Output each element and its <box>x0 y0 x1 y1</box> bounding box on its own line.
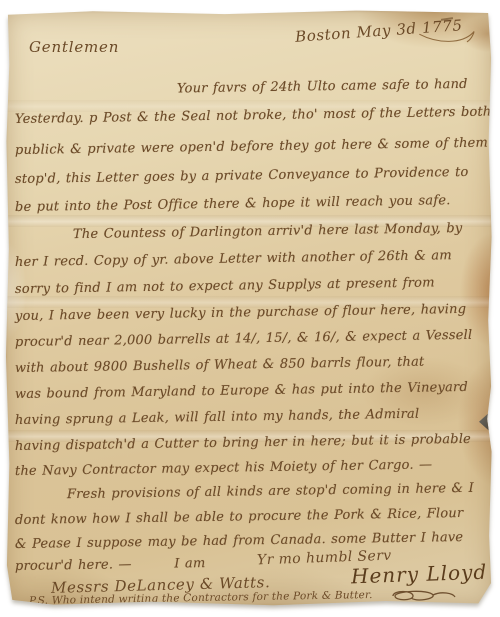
body-line: Fresh provisions of all kinds are stop'd… <box>15 481 489 503</box>
body-line: having sprung a Leak, will fall into my … <box>15 406 489 428</box>
salutation: Gentlemen <box>29 38 119 56</box>
body-line: you, I have been very lucky in the purch… <box>15 302 489 324</box>
letter-text-layer: Boston May 3d 1775 Gentlemen Your favrs … <box>5 10 493 607</box>
body-line: procur'd near 2,000 barrells at 14/, 15/… <box>15 328 489 350</box>
signature-flourish <box>387 588 459 604</box>
body-line: The Countess of Darlington arriv'd here … <box>15 221 489 243</box>
body-line: her I recd. Copy of yr. above Letter wit… <box>15 248 489 270</box>
signature: Henry Lloyd <box>351 560 488 589</box>
dateline: Boston May 3d 1775 <box>295 16 464 46</box>
scanned-letter-photo: Boston May 3d 1775 Gentlemen Your favrs … <box>0 0 500 617</box>
body-line: having dispatch'd a Cutter to bring her … <box>15 432 489 454</box>
body-line: sorry to find I am not to expect any Sup… <box>15 275 489 297</box>
body-line: Your favrs of 24th Ulto came safe to han… <box>15 77 489 99</box>
body-line: be put into the Post Office there & hope… <box>15 193 489 215</box>
body-line: was bound from Maryland to Europe & has … <box>15 380 489 402</box>
letter-paper: Boston May 3d 1775 Gentlemen Your favrs … <box>5 10 493 607</box>
body-line: & Pease I suppose may be had from Canada… <box>15 530 489 552</box>
body-line: stop'd, this Letter goes by a private Co… <box>15 165 489 187</box>
letter-paper-wrap: Boston May 3d 1775 Gentlemen Your favrs … <box>5 10 493 607</box>
body-line: Yesterday. p Post & the Seal not broke, … <box>15 105 489 127</box>
body-line: the Navy Contractor may expect his Moiet… <box>15 457 489 479</box>
body-line: dont know how I shall be able to procure… <box>15 506 489 528</box>
dateline-flourish <box>417 27 478 49</box>
body-line: with about 9800 Bushells of Wheat & 850 … <box>15 354 489 376</box>
body-line: publick & private were open'd before the… <box>15 136 489 158</box>
